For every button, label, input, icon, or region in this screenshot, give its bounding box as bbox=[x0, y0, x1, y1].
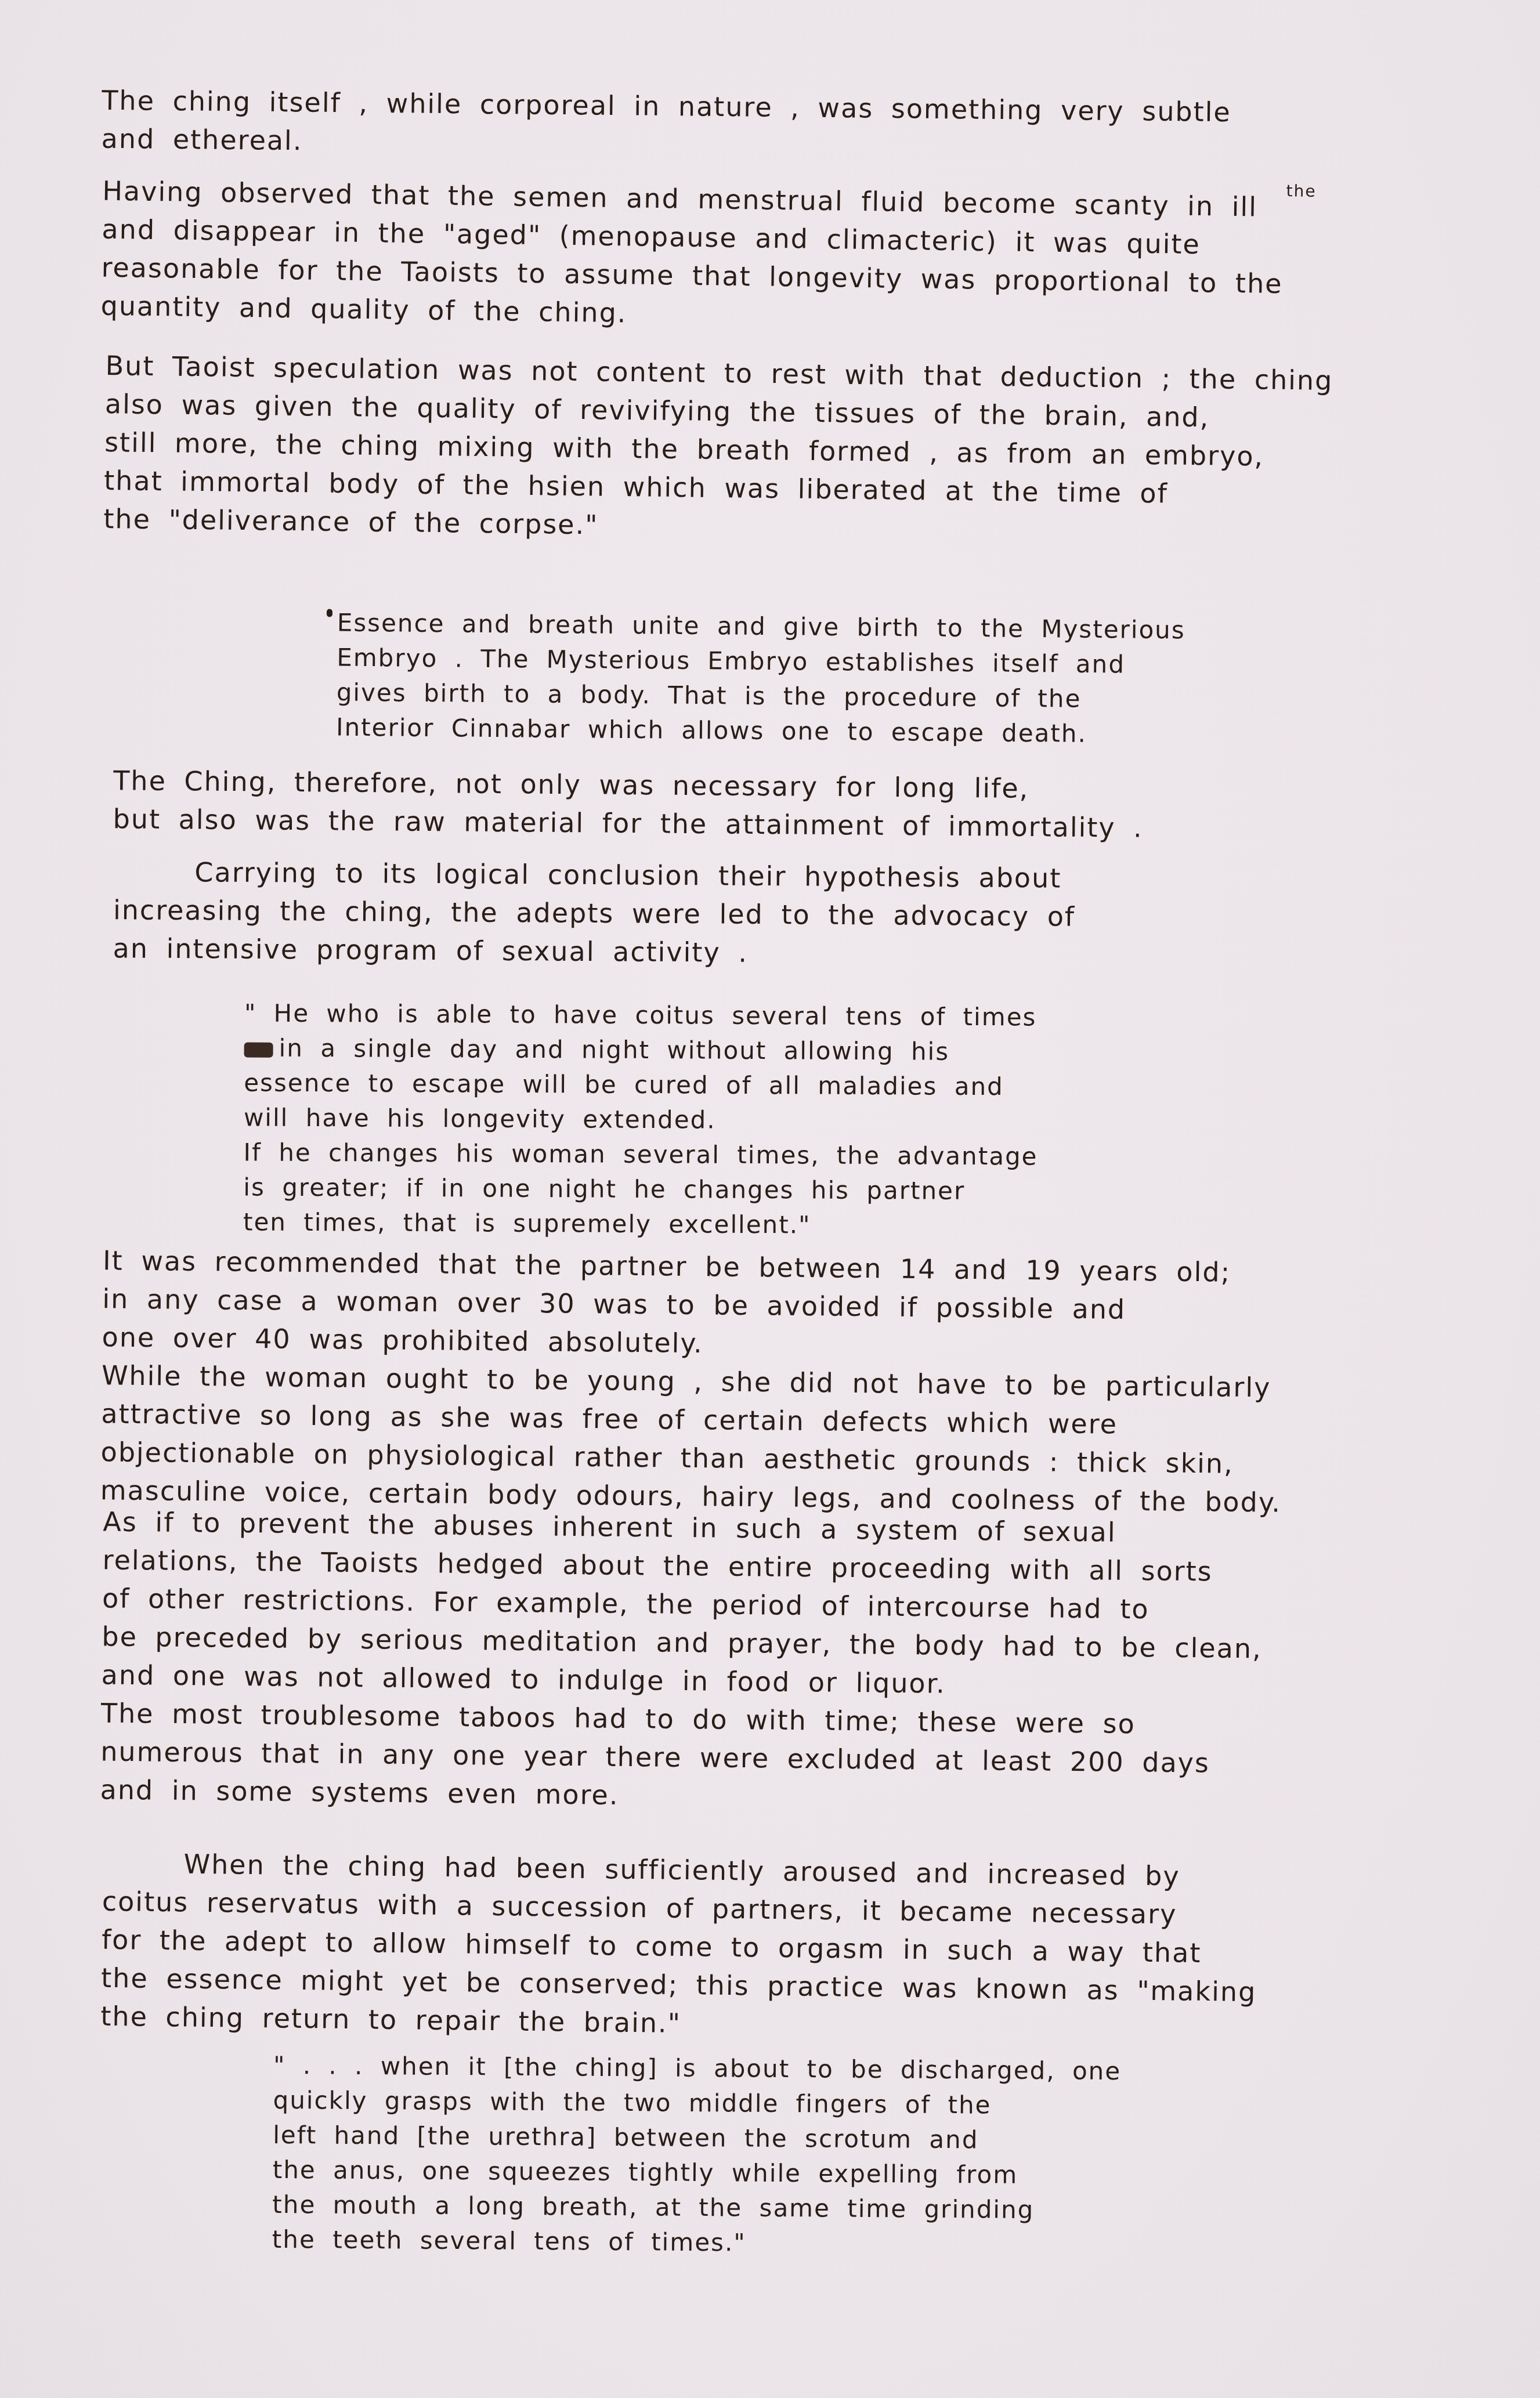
text-line-content: in a single day and night without allowi… bbox=[279, 1034, 950, 1066]
text-line: left hand [the urethra] between the scro… bbox=[273, 2118, 1120, 2158]
text-line: in a single day and night without allowi… bbox=[244, 1030, 1038, 1069]
text-line: " He who is able to have coitus several … bbox=[244, 996, 1039, 1035]
text-line: the anus, one squeezes tightly while exp… bbox=[273, 2153, 1120, 2193]
text-line: If he changes his woman several times, t… bbox=[244, 1135, 1038, 1174]
text-line: will have his longevity extended. bbox=[244, 1100, 1038, 1139]
text-line: the mouth a long breath, at the same tim… bbox=[272, 2187, 1120, 2228]
paragraph-making-ching-return: When the ching had been sufficiently aro… bbox=[100, 1844, 1258, 2049]
quote-when-it-is-discharged: " . . . when it [the ching] is about to … bbox=[272, 2048, 1122, 2263]
paragraph-partner-age: It was recommended that the partner be b… bbox=[100, 1241, 1284, 1521]
paragraph-taoist-speculation: But Taoist speculation was not content t… bbox=[103, 346, 1333, 553]
text-line: Carrying to its logical conclusion their… bbox=[113, 852, 1076, 898]
bullet-icon bbox=[327, 609, 332, 617]
text-line: quickly grasps with the two middle finge… bbox=[273, 2083, 1120, 2124]
paragraph-ching-therefore: The Ching, therefore, not only was neces… bbox=[113, 761, 1143, 847]
text-line: Interior Cinnabar which allows one to es… bbox=[336, 710, 1184, 753]
manuscript-page: The ching itself , while corporeal in na… bbox=[0, 0, 1540, 2398]
paragraph-having-observed: the Having observed that the semen and m… bbox=[100, 172, 1284, 341]
quote-he-who-is-able: " He who is able to have coitus several … bbox=[243, 996, 1039, 1243]
paragraph-carrying-to-conclusion: Carrying to its logical conclusion their… bbox=[113, 852, 1076, 974]
text-line: ten times, that is supremely excellent." bbox=[243, 1205, 1037, 1243]
text-line: but also was the raw material for the at… bbox=[113, 800, 1143, 847]
caret-insert-the: the bbox=[1286, 172, 1317, 211]
paragraph-restrictions: As if to prevent the abuses inherent in … bbox=[100, 1503, 1263, 1821]
text-line: increasing the ching, the adepts were le… bbox=[113, 891, 1076, 936]
paragraph-ching-subtle: The ching itself , while corporeal in na… bbox=[101, 81, 1231, 169]
text-line: the teeth several tens of times." bbox=[272, 2222, 1120, 2263]
quote-essence-and-breath: Essence and breath unite and give birth … bbox=[336, 606, 1185, 753]
text-line: " . . . when it [the ching] is about to … bbox=[273, 2048, 1121, 2089]
text-line: an intensive program of sexual activity … bbox=[113, 929, 1075, 974]
text-line: is greater; if in one night he changes h… bbox=[243, 1170, 1037, 1209]
struck-out-word bbox=[244, 1042, 273, 1057]
text-line: essence to escape will be cured of all m… bbox=[244, 1065, 1038, 1104]
